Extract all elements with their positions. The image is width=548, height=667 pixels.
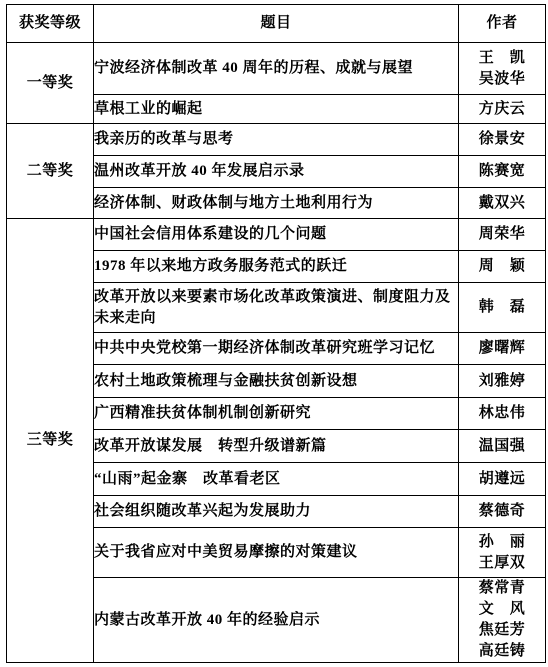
author-cell: 刘雅婷 <box>459 365 546 398</box>
title-cell: 农村土地政策梳理与金融扶贫创新设想 <box>94 365 459 398</box>
title-cell: 宁波经济体制改革 40 周年的历程、成就与展望 <box>94 43 459 95</box>
author-cell: 陈赛宽 <box>459 156 546 188</box>
author-cell: 温国强 <box>459 430 546 463</box>
award-level-cell-second-prize: 二等奖 <box>7 124 94 219</box>
title-cell: 经济体制、财政体制与地方土地利用行为 <box>94 188 459 219</box>
table-row: 三等奖 中国社会信用体系建设的几个问题 周荣华 <box>7 219 546 251</box>
title-cell: 中共中央党校第一期经济体制改革研究班学习记忆 <box>94 333 459 365</box>
author-cell: 孙 丽 王厚双 <box>459 528 546 578</box>
title-cell: 我亲历的改革与思考 <box>94 124 459 156</box>
title-cell: 关于我省应对中美贸易摩擦的对策建议 <box>94 528 459 578</box>
title-cell: 改革开放谋发展 转型升级谱新篇 <box>94 430 459 463</box>
title-cell: “山雨”起金寨 改革看老区 <box>94 463 459 496</box>
title-cell: 改革开放以来要素市场化改革政策演进、制度阻力及未来走向 <box>94 283 459 333</box>
award-level-cell-first-prize: 一等奖 <box>7 43 94 124</box>
author-cell: 周荣华 <box>459 219 546 251</box>
author-cell: 王 凯 吴波华 <box>459 43 546 95</box>
title-cell: 内蒙古改革开放 40 年的经验启示 <box>94 578 459 663</box>
awards-table: 获奖等级 题目 作者 一等奖 宁波经济体制改革 40 周年的历程、成就与展望 王… <box>6 4 546 663</box>
author-cell: 周 颖 <box>459 251 546 283</box>
title-cell: 中国社会信用体系建设的几个问题 <box>94 219 459 251</box>
author-cell: 韩 磊 <box>459 283 546 333</box>
title-cell: 社会组织随改革兴起为发展助力 <box>94 496 459 528</box>
author-cell: 戴双兴 <box>459 188 546 219</box>
author-cell: 方庆云 <box>459 95 546 124</box>
author-cell: 胡遵远 <box>459 463 546 496</box>
title-cell: 广西精准扶贫体制机制创新研究 <box>94 398 459 430</box>
awards-page: 获奖等级 题目 作者 一等奖 宁波经济体制改革 40 周年的历程、成就与展望 王… <box>0 0 548 667</box>
table-row: 二等奖 我亲历的改革与思考 徐景安 <box>7 124 546 156</box>
author-cell: 蔡德奇 <box>459 496 546 528</box>
title-cell: 1978 年以来地方政务服务范式的跃迁 <box>94 251 459 283</box>
title-cell: 草根工业的崛起 <box>94 95 459 124</box>
author-cell: 蔡常青 文 风 焦廷芳 高廷铸 <box>459 578 546 663</box>
header-author: 作者 <box>459 5 546 43</box>
award-level-cell-third-prize: 三等奖 <box>7 219 94 663</box>
header-title: 题目 <box>94 5 459 43</box>
header-row: 获奖等级 题目 作者 <box>7 5 546 43</box>
title-cell: 温州改革开放 40 年发展启示录 <box>94 156 459 188</box>
table-row: 一等奖 宁波经济体制改革 40 周年的历程、成就与展望 王 凯 吴波华 <box>7 43 546 95</box>
author-cell: 林忠伟 <box>459 398 546 430</box>
author-cell: 廖曙辉 <box>459 333 546 365</box>
header-award-level: 获奖等级 <box>7 5 94 43</box>
author-cell: 徐景安 <box>459 124 546 156</box>
